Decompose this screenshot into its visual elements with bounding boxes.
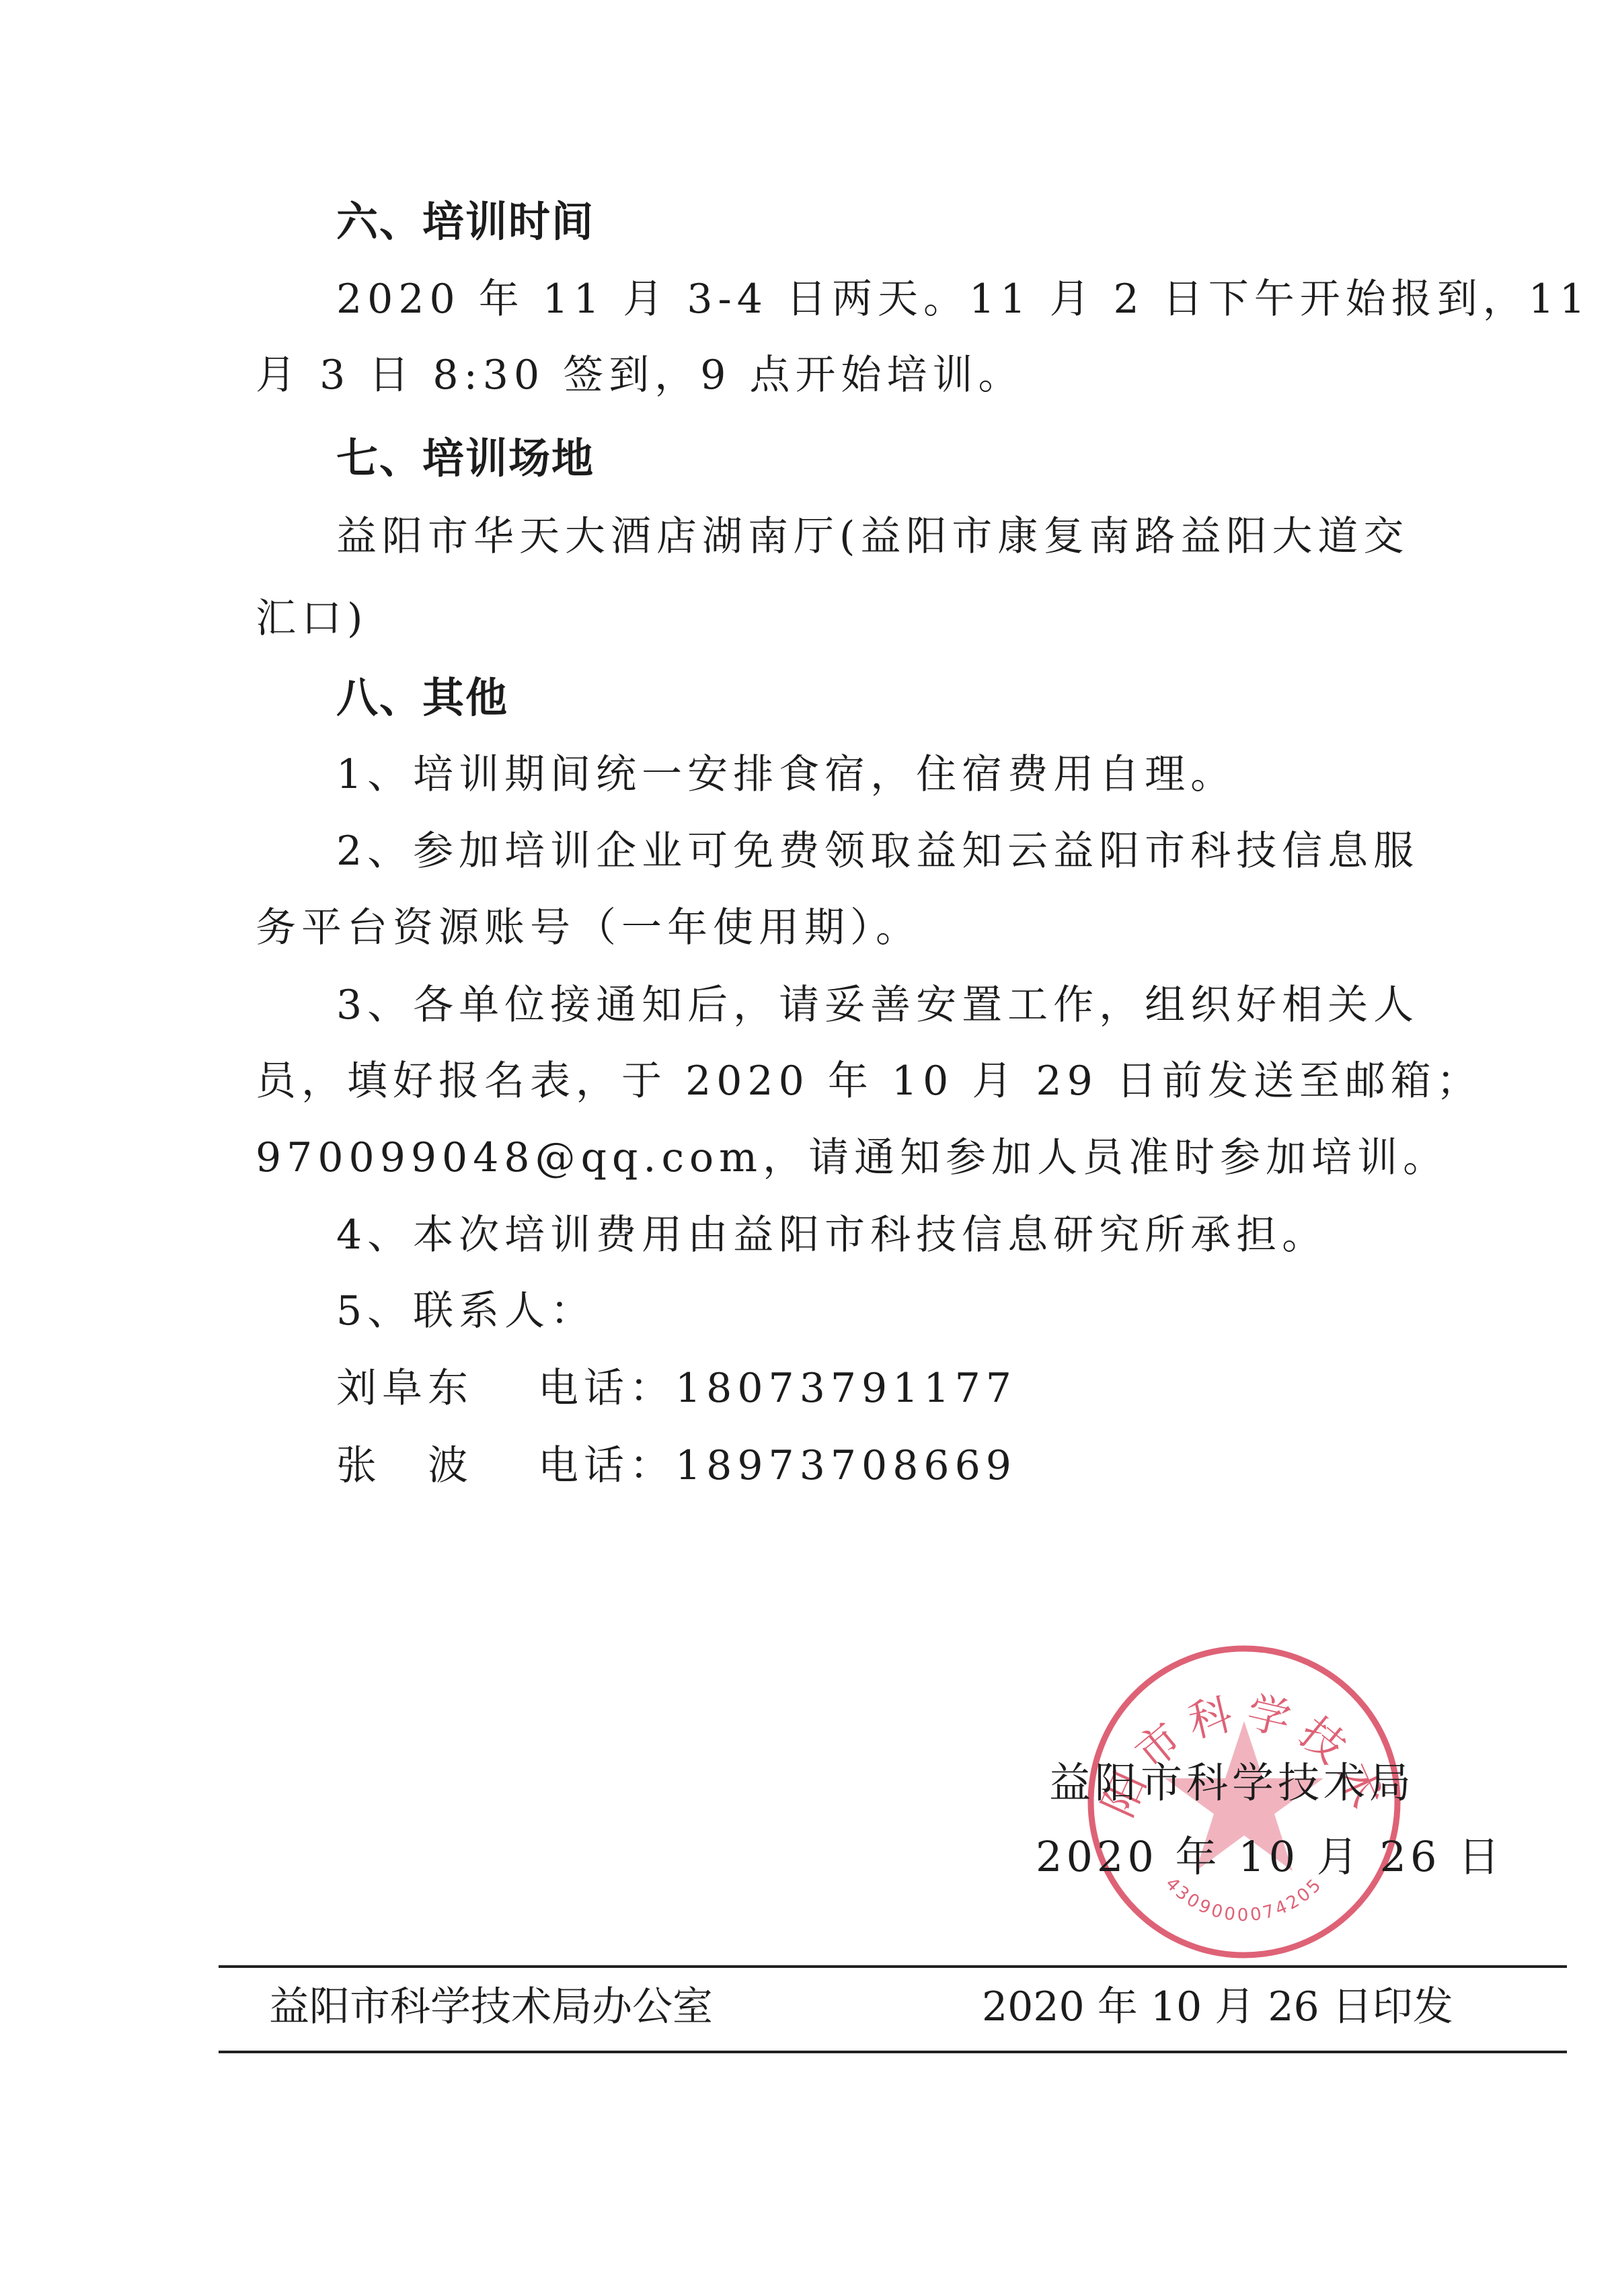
footer-bottom-rule [219, 2051, 1567, 2053]
paragraph-line: 益阳市华天大酒店湖南厅(益阳市康复南路益阳大道交 [336, 510, 1409, 563]
contact-name: 张 波 [336, 1439, 538, 1493]
contact-name: 刘阜东 [336, 1361, 538, 1415]
contact-phone-label: 电话： [538, 1365, 675, 1412]
list-item-5: 5、联系人： [336, 1284, 596, 1338]
paragraph-line: 2020 年 11 月 3-4 日两天。11 月 2 日下午开始报到，11 [336, 272, 1590, 326]
list-item-3: 3、各单位接通知后，请妥善安置工作，组织好相关人 [336, 978, 1419, 1032]
signature-organization: 益阳市科学技术局 [1049, 1756, 1415, 1810]
paragraph-line: 月 3 日 8:30 签到，9 点开始培训。 [256, 348, 1024, 402]
contact-phone: 18073791177 [675, 1365, 1017, 1412]
list-item-3-email: 970099048@qq.com，请通知参加人员准时参加培训。 [256, 1131, 1449, 1185]
paragraph-line: 汇口) [256, 592, 368, 645]
list-item-3-cont: 员，填好报名表，于 2020 年 10 月 29 日前发送至邮箱； [256, 1054, 1482, 1108]
contact-phone-label: 电话： [538, 1442, 675, 1489]
list-item-2-cont: 务平台资源账号（一年使用期）。 [256, 901, 921, 955]
list-item-4: 4、本次培训费用由益阳市科技信息研究所承担。 [336, 1208, 1328, 1262]
signature-date: 2020 年 10 月 26 日 [1036, 1830, 1504, 1884]
footer-issuer: 益阳市科学技术局办公室 [269, 1980, 713, 2034]
section-heading-other: 八、其他 [336, 671, 508, 725]
footer-issue-date: 2020 年 10 月 26 日印发 [982, 1980, 1453, 2034]
footer-top-rule [219, 1965, 1567, 1968]
contact-phone: 18973708669 [675, 1442, 1017, 1489]
list-item-1: 1、培训期间统一安排食宿，住宿费用自理。 [336, 748, 1236, 801]
section-heading-training-time: 六、培训时间 [336, 195, 594, 249]
list-item-2: 2、参加培训企业可免费领取益知云益阳市科技信息服 [336, 824, 1419, 878]
contact-row: 刘阜东电话：18073791177 [336, 1361, 1017, 1415]
contact-row: 张 波电话：18973708669 [336, 1439, 1017, 1493]
section-heading-training-venue: 七、培训场地 [336, 432, 594, 485]
email-link[interactable]: 970099048@qq.com，请通知参加人员准时参加培训。 [256, 1134, 1449, 1181]
